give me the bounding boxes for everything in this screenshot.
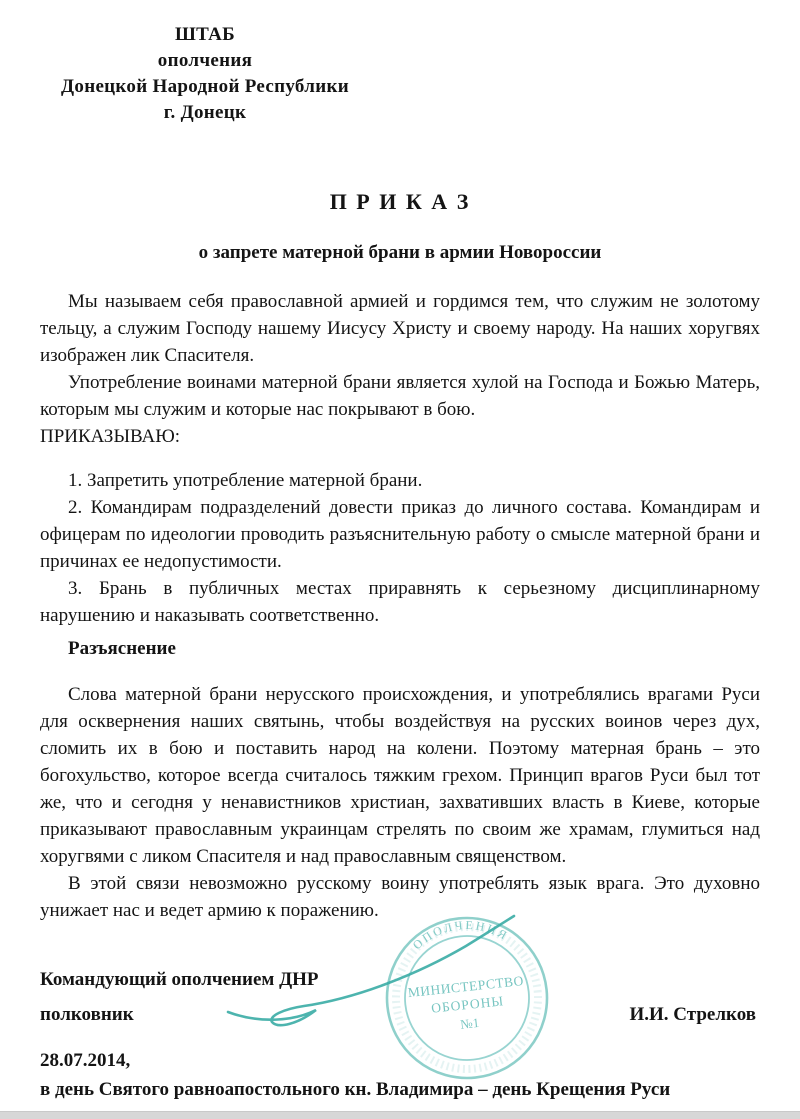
date-note: в день Святого равноапостольного кн. Вла… [40, 1075, 760, 1104]
signatory-name: И.И. Стрелков [630, 997, 761, 1032]
explanation-section: Слова матерной брани нерусского происхож… [40, 681, 760, 924]
letterhead-line: ШТАБ [40, 22, 370, 48]
explanation-paragraph: Слова матерной брани нерусского происхож… [40, 681, 760, 870]
letterhead-line: ополчения [40, 48, 370, 74]
document-page: ОПОЛЧЕНИЯ МИНИСТЕРСТВО ОБОРОНЫ №1 ШТАБ о… [0, 0, 800, 1119]
date-block: 28.07.2014, в день Святого равноапостоль… [40, 1046, 760, 1104]
scan-edge-bar [0, 1111, 800, 1119]
intro-section: Мы называем себя православной армией и г… [40, 288, 760, 423]
order-item: 2. Командирам подразделений довести прик… [40, 494, 760, 575]
signature-stroke [228, 916, 514, 1025]
order-title: П Р И К А З [40, 188, 760, 216]
order-items: 1. Запретить употребление матерной брани… [40, 467, 760, 629]
letterhead-line: г. Донецк [40, 100, 370, 126]
order-item: 1. Запретить употребление матерной брани… [40, 467, 760, 494]
letterhead: ШТАБ ополчения Донецкой Народной Республ… [40, 22, 370, 126]
order-heading: ПРИКАЗЫВАЮ: [40, 423, 760, 450]
order-subtitle: о запрете матерной брани в армии Новорос… [40, 240, 760, 266]
order-item: 3. Брань в публичных местах приравнять к… [40, 575, 760, 629]
explanation-heading: Разъяснение [40, 635, 760, 662]
letterhead-line: Донецкой Народной Республики [40, 74, 370, 100]
intro-paragraph: Мы называем себя православной армией и г… [40, 288, 760, 369]
handwritten-signature [222, 908, 542, 1038]
date-line: 28.07.2014, [40, 1046, 760, 1075]
intro-paragraph: Употребление воинами матерной брани явля… [40, 369, 760, 423]
